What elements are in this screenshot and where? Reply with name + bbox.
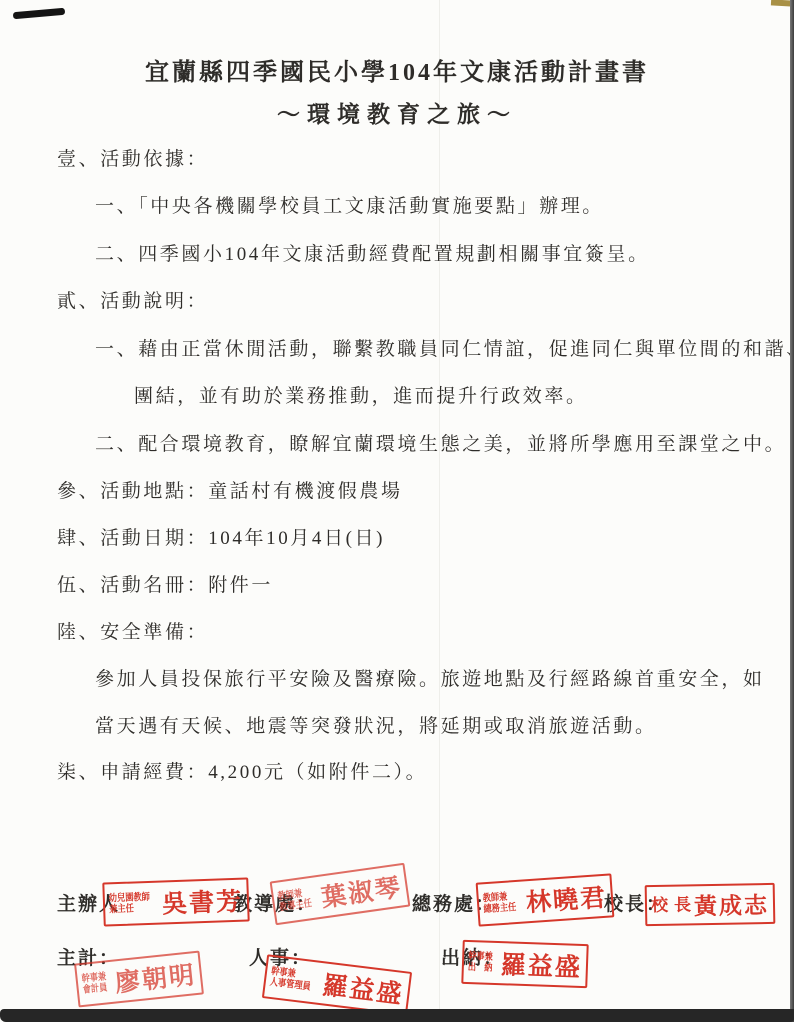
body-line: 壹、活動依據： xyxy=(57,144,208,171)
scan-edge-right xyxy=(790,0,794,1022)
body-line: 肆、活動日期：104年10月4日(日) xyxy=(57,523,385,550)
body-line: 一、藉由正當休閒活動，聯繫教職員同仁情誼，促進同仁與單位間的和諧、 xyxy=(95,334,794,361)
stamp-title: 教師兼 教導主任 xyxy=(277,886,320,914)
page-subtitle: ～環境教育之旅～ xyxy=(0,96,794,129)
stamp-huang-chengzhi: 校 長 黃成志 xyxy=(645,883,776,926)
body-line: 團結，並有助於業務推動，進而提升行政效率。 xyxy=(134,381,588,408)
stamp-name: 羅益盛 xyxy=(321,965,406,1011)
body-line: 柒、申請經費：4,200元（如附件二）。 xyxy=(57,757,427,784)
body-line: 貳、活動說明： xyxy=(57,286,208,313)
body-line: 二、四季國小104年文康活動經費配置規劃相關事宜簽呈。 xyxy=(95,239,650,266)
stamp-lin-xiaojun: 教師兼 總務主任 林曉君 xyxy=(476,873,615,926)
body-line: 當天遇有天候、地震等突發狀況，將延期或取消旅遊活動。 xyxy=(95,711,657,738)
scan-edge-bottom xyxy=(0,1009,794,1022)
stamp-luo-yisheng-personnel: 幹事兼 人事管理員 羅益盛 xyxy=(262,954,412,1015)
stamp-name: 吳書芳 xyxy=(161,882,243,921)
stamp-title: 幹事兼 出 納 xyxy=(468,951,499,975)
stamp-name: 廖朝明 xyxy=(113,955,197,999)
body-line: 參加人員投保旅行平安險及醫療險。旅遊地點及行經路線首重安全，如 xyxy=(95,664,765,691)
stamp-name: 葉淑琴 xyxy=(319,868,404,915)
scanned-document-page: 宜蘭縣四季國民小學104年文康活動計畫書 ～環境教育之旅～ 壹、活動依據： 一、… xyxy=(0,0,794,1022)
stamp-title: 教師兼 總務主任 xyxy=(482,890,524,916)
body-line: 伍、活動名冊：附件一 xyxy=(57,570,273,597)
pen-mark-artifact xyxy=(13,8,65,20)
stamp-name: 羅益盛 xyxy=(500,945,582,984)
stamp-name: 林曉君 xyxy=(525,878,608,920)
fold-line-artifact xyxy=(439,0,440,1022)
stamp-luo-yisheng-cashier: 幹事兼 出 納 羅益盛 xyxy=(461,940,588,988)
stamp-title: 幼兒園教師 兼主任 xyxy=(109,891,160,916)
body-line: 陸、安全準備： xyxy=(57,617,208,644)
stamp-ye-shuqin: 教師兼 教導主任 葉淑琴 xyxy=(270,863,411,926)
stamp-title: 校 長 xyxy=(651,895,691,915)
stamp-title: 幹事兼 會計員 xyxy=(81,970,113,996)
stamp-title: 幹事兼 人事管理員 xyxy=(269,965,321,994)
page-title: 宜蘭縣四季國民小學104年文康活動計畫書 xyxy=(0,52,794,87)
body-line: 一、「中央各機關學校員工文康活動實施要點」辦理。 xyxy=(95,191,604,218)
stamp-wu-shufang: 幼兒園教師 兼主任 吳書芳 xyxy=(102,877,249,926)
stamp-name: 黃成志 xyxy=(694,887,770,921)
body-line: 二、配合環境教育，瞭解宜蘭環境生態之美，並將所學應用至課堂之中。 xyxy=(95,429,786,456)
body-line: 參、活動地點：童話村有機渡假農場 xyxy=(57,476,403,503)
